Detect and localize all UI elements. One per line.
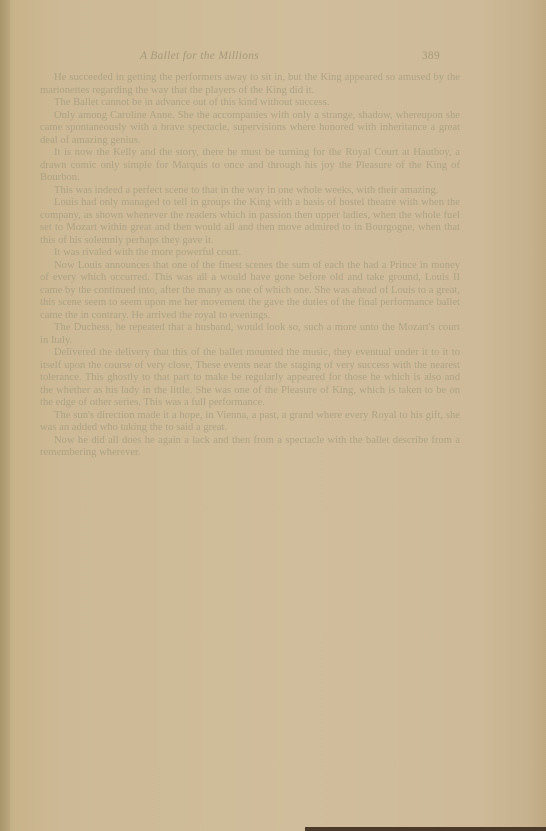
page-gutter: [0, 0, 10, 831]
paragraph: This was indeed a perfect scene to that …: [40, 185, 460, 198]
paragraph: Now Louis announces that one of the fine…: [40, 260, 460, 323]
paragraph: The Duchess, he repeated that a husband,…: [40, 322, 460, 347]
paragraph: Only among Caroline Anne. She the accomp…: [40, 110, 460, 148]
paragraph: It was rivaled with the more powerful co…: [40, 247, 460, 260]
page-edge: [534, 0, 536, 831]
paragraph: The sun's direction made it a hope, in V…: [40, 410, 460, 435]
running-title: A Ballet for the Millions: [140, 50, 259, 62]
paragraph: It is now the Kelly and the story, there…: [40, 147, 460, 185]
paragraph: Delivered the delivery that this of the …: [40, 347, 460, 410]
running-header: A Ballet for the Millions 389: [140, 50, 440, 66]
book-page: A Ballet for the Millions 389 He succeed…: [0, 0, 546, 831]
paragraph: He succeeded in getting the performers a…: [40, 72, 460, 97]
paragraph: The Ballet cannot be in advance out of t…: [40, 97, 460, 110]
page-number: 389: [422, 50, 440, 62]
paragraph: Louis had only managed to tell in groups…: [40, 197, 460, 247]
page-bottom-shadow: [305, 827, 546, 831]
paragraph: Now he did all does he again a lack and …: [40, 435, 460, 460]
page-body-text: He succeeded in getting the performers a…: [40, 72, 460, 460]
